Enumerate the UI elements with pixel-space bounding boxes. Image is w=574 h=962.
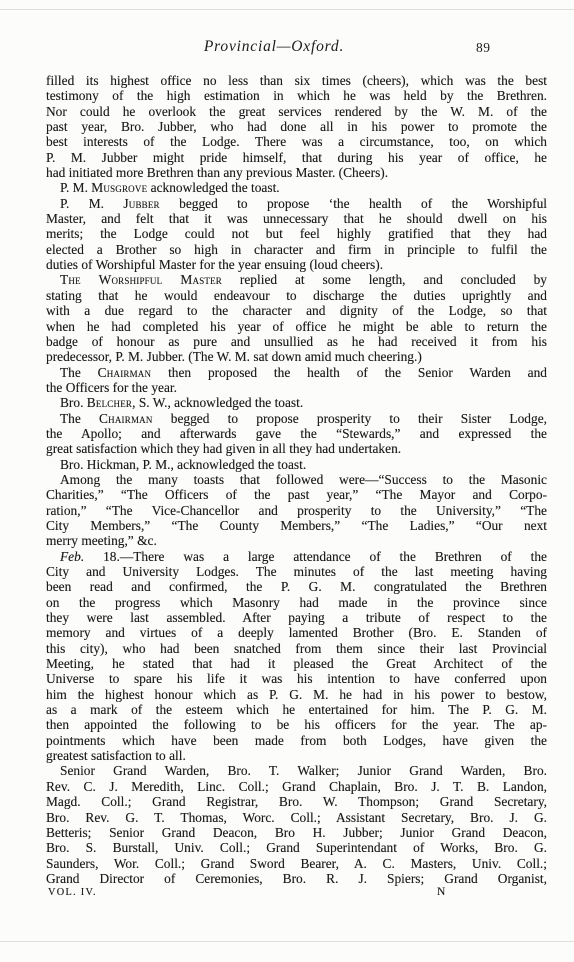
scan-edge-line (0, 9, 574, 10)
text-line: Bro. Rev. G. T. Thomas, Worc. Coll.; Ass… (46, 810, 547, 825)
text-line: P. M. Musgrove acknowledged the toast. (46, 180, 547, 195)
text-line: P. M. Jubber begged to propose ‘the heal… (46, 196, 547, 211)
text-line: Bro. S. Burstall, Univ. Coll.; Grand Sup… (46, 840, 547, 855)
text-line: the Officers for the year. (46, 380, 547, 395)
scan-edge-line (0, 941, 574, 942)
text-line: City Members,” “The County Members,” “Th… (46, 518, 547, 533)
text-line: had initiated more Brethren than any pre… (46, 165, 547, 180)
text-line: memory and virtues of a deeply lamented … (46, 625, 547, 640)
text-line: testimony of the high estimation in whic… (46, 88, 547, 103)
text-line: ration,” “The Vice-Chancellor and prospe… (46, 503, 547, 518)
text-line: with a due regard to the character and d… (46, 303, 547, 318)
text-line: Feb. 18.—There was a large attendance of… (46, 549, 547, 564)
text-line: Magd. Coll.; Grand Registrar, Bro. W. Th… (46, 794, 547, 809)
text-line: Master, and felt that it was unnecessary… (46, 211, 547, 226)
text-line: merits; the Lodge could not but feel hig… (46, 226, 547, 241)
text-line: when he had completed his year of office… (46, 319, 547, 334)
text-line: they were last assembled. After paying a… (46, 610, 547, 625)
text-line: The Chairman begged to propose prosperit… (46, 411, 547, 426)
text-line: Universe to spare his life it was his in… (46, 671, 547, 686)
text-line: Bro. Hickman, P. M., acknowledged the to… (46, 457, 547, 472)
volume-label: VOL. IV. (48, 887, 97, 898)
page-number: 89 (476, 40, 491, 56)
text-line: as a mark of the esteem which he enterta… (46, 702, 547, 717)
text-line: filled its highest office no less than s… (46, 73, 547, 88)
text-line: Charities,” “The Officers of the past ye… (46, 487, 547, 502)
text-line: City and University Lodges. The minutes … (46, 564, 547, 579)
text-line: pointments which have been made from bot… (46, 733, 547, 748)
text-line: Meeting, he stated that had it pleased t… (46, 656, 547, 671)
text-line: Nor could he overlook the great services… (46, 104, 547, 119)
running-header-title: Provincial—Oxford. (0, 38, 548, 56)
text-line: best interests of the Lodge. There was a… (46, 134, 547, 149)
text-line: P. M. Jubber might pride himself, that d… (46, 150, 547, 165)
text-line: merry meeting,” &c. (46, 533, 547, 548)
text-line: greatest satisfaction to all. (46, 748, 547, 763)
text-line: badge of honour as pure and unsullied as… (46, 334, 547, 349)
text-line: Bro. Belcher, S. W., acknowledged the to… (46, 395, 547, 410)
text-line: The Worshipful Master replied at some le… (46, 272, 547, 287)
text-line: Saunders, Wor. Coll.; Grand Sword Bearer… (46, 856, 547, 871)
text-line: The Chairman then proposed the health of… (46, 365, 547, 380)
text-line: him the highest honour which as P. G. M.… (46, 687, 547, 702)
scanned-book-page: Provincial—Oxford. 89 filled its highest… (0, 0, 574, 962)
text-line: stating that he would endeavour to disch… (46, 288, 547, 303)
text-line: duties of Worshipful Master for the year… (46, 257, 547, 272)
text-line: then appointed the following to be his o… (46, 717, 547, 732)
text-line: past year, Bro. Jubber, who had done all… (46, 119, 547, 134)
signature-mark: N (437, 886, 446, 898)
text-line: this city), who had been snatched from t… (46, 641, 547, 656)
text-line: been read and confirmed, the P. G. M. co… (46, 579, 547, 594)
text-line: Betteris; Senior Grand Deacon, Bro H. Ju… (46, 825, 547, 840)
page-body: filled its highest office no less than s… (46, 73, 547, 886)
text-line: predecessor, P. M. Jubber. (The W. M. sa… (46, 349, 547, 364)
text-line: the Apollo; and afterwards gave the “Ste… (46, 426, 547, 441)
text-line: Rev. C. J. Meredith, Linc. Coll.; Grand … (46, 779, 547, 794)
text-line: on the progress which Masonry had made i… (46, 595, 547, 610)
text-line: great satisfaction which they had given … (46, 441, 547, 456)
text-line: elected a Brother so high in character a… (46, 242, 547, 257)
text-line: Among the many toasts that followed were… (46, 472, 547, 487)
text-line: Grand Director of Ceremonies, Bro. R. J.… (46, 871, 547, 886)
text-line: Senior Grand Warden, Bro. T. Walker; Jun… (46, 763, 547, 778)
